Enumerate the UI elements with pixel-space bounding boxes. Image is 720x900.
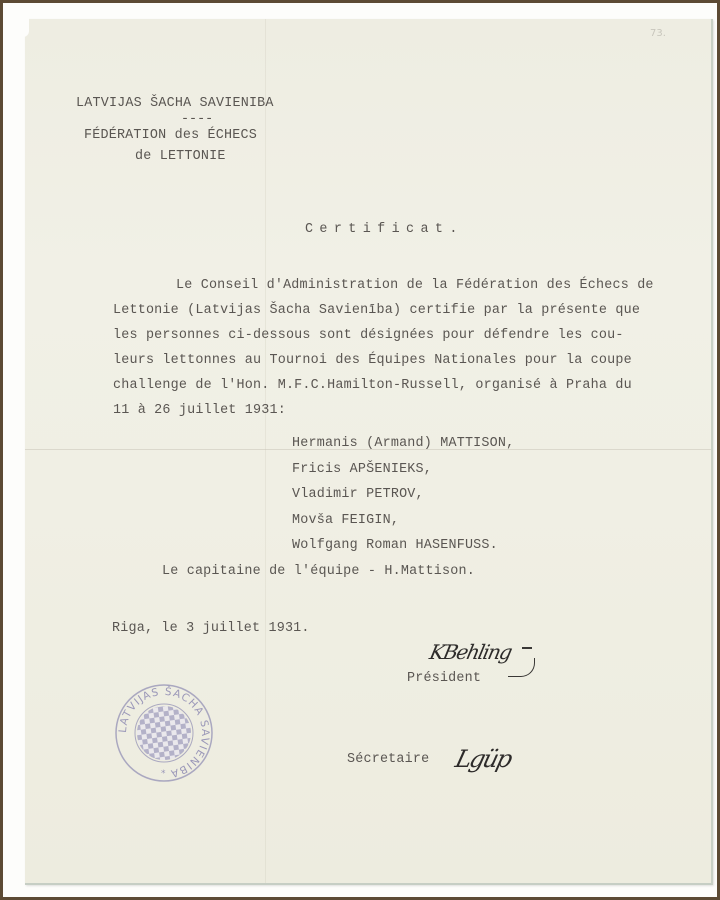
player-name: Wolfgang Roman HASENFUSS.: [292, 538, 498, 553]
secretary-signature: Lgüp: [453, 745, 514, 773]
document-title: Certificat.: [305, 222, 464, 237]
captain-line: Le capitaine de l'équipe - H.Mattison.: [162, 564, 475, 579]
chess-stamp-icon: LATVIJAS ŠACHA SAVIENIBA *: [114, 683, 214, 783]
paper-fold-vertical: [265, 19, 266, 883]
secretary-label: Sécretaire: [347, 752, 429, 767]
player-name: Vladimir PETROV,: [292, 487, 424, 502]
body-line: leurs lettonnes au Tournoi des Équipes N…: [113, 353, 632, 368]
header-french-name-line2: de LETTONIE: [135, 149, 226, 164]
body-line: Lettonie (Latvijas Šacha Savienība) cert…: [113, 303, 640, 318]
president-signature: KBehling: [427, 640, 513, 664]
body-line: Le Conseil d'Administration de la Fédéra…: [176, 278, 654, 293]
federation-stamp: LATVIJAS ŠACHA SAVIENIBA *: [114, 683, 214, 783]
page-number-mark: 73.: [650, 28, 666, 39]
president-label: Président: [407, 671, 481, 686]
body-line: 11 à 26 juillet 1931:: [113, 403, 286, 418]
place-and-date: Riga, le 3 juillet 1931.: [112, 621, 310, 636]
player-name: Fricis APŠENIEKS,: [292, 462, 432, 477]
header-french-name: FÉDÉRATION des ÉCHECS: [84, 128, 257, 143]
header-divider: ----: [181, 112, 213, 127]
stamp-star-icon: *: [161, 769, 166, 779]
header-latvian-name: LATVIJAS ŠACHA SAVIENIBA: [76, 96, 274, 111]
body-line: les personnes ci-dessous sont désignées …: [113, 328, 624, 343]
player-name: Movša FEIGIN,: [292, 513, 399, 528]
president-signature-dash: [522, 647, 532, 649]
player-name: Hermanis (Armand) MATTISON,: [292, 436, 514, 451]
body-line: challenge de l'Hon. M.F.C.Hamilton-Russe…: [113, 378, 632, 393]
